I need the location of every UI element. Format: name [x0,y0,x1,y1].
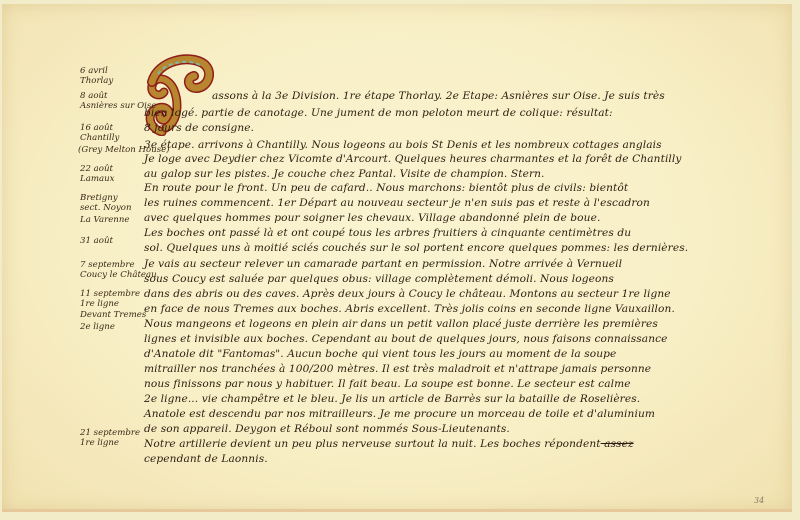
line-text: 3e étape. arrivons à Chantilly. Nous log… [144,139,662,151]
margin-note: 8 août [80,91,108,101]
line-text: En route pour le front. Un peu de cafard… [144,182,628,194]
diary-line: Les boches ont passé là et ont coupé tou… [144,227,631,239]
diary-line: sous Coucy est saluée par quelques obus:… [144,273,614,285]
line-text: lignes et invisible aux boches. Cependan… [144,333,668,345]
diary-line: Notre artillerie devient un peu plus ner… [144,438,634,450]
line-text: mitrailler nos tranchées à 100/200 mètre… [144,363,651,375]
line-text: Je vais au secteur relever un camarade p… [144,258,622,270]
margin-note: 11 septembre [80,289,140,299]
line-text: 8 jours de consigne. [144,122,254,134]
diary-line: dans des abris ou des caves. Après deux … [144,288,671,300]
margin-note: 16 août [80,123,113,133]
line-text: au galop sur les pistes. Je couche chez … [144,168,545,180]
margin-note: 7 septembre [80,260,135,270]
margin-note: Bretigny [80,193,118,203]
line-text: nous finissons par nous y habituer. Il f… [144,378,631,390]
diary-line: En route pour le front. Un peu de cafard… [144,182,628,194]
diary-line: mitrailler nos tranchées à 100/200 mètre… [144,363,651,375]
diary-line: Je loge avec Deydier chez Vicomte d'Arco… [144,153,682,165]
diary-line: Je vais au secteur relever un camarade p… [144,258,622,270]
line-text: en face de nous Tremes aux boches. Abris… [144,303,675,315]
diary-line: 2e ligne... vie champêtre et le bleu. Je… [144,393,640,405]
diary-line: de son appareil. Deygon et Réboul sont n… [144,423,510,435]
diary-line: Anatole est descendu par nos mitrailleur… [144,408,655,420]
manuscript-page: 6 avrilThorlay8 aoûtAsnières sur Oise16 … [2,4,792,512]
line-text: de son appareil. Deygon et Réboul sont n… [144,423,510,435]
diary-line: Nous mangeons et logeons en plein air da… [144,318,658,330]
margin-note: 1re ligne [80,299,119,309]
margin-note: 31 août [80,236,113,246]
margin-note: 21 septembre [80,428,140,438]
diary-line: bien logé. partie de canotage. Une jumen… [144,107,613,119]
line-text: sous Coucy est saluée par quelques obus:… [144,273,614,285]
diary-line: au galop sur les pistes. Je couche chez … [144,168,545,180]
struck-word: assez [601,438,634,450]
line-text: Je loge avec Deydier chez Vicomte d'Arco… [144,153,682,165]
diary-line: d'Anatole dit "Fantomas". Aucun boche qu… [144,348,616,360]
margin-note: 22 août [80,164,113,174]
line-text: 2e ligne... vie champêtre et le bleu. Je… [144,393,640,405]
line-text: les ruines commencent. 1er Départ au nou… [144,197,650,209]
diary-line: cependant de Laonnis. [144,453,268,465]
margin-note: Lamaux [80,174,114,184]
margin-note: 6 avril [80,66,108,76]
diary-line: avec quelques hommes pour soigner les ch… [144,212,600,224]
line-text: Les boches ont passé là et ont coupé tou… [144,227,631,239]
page-edge [2,509,792,512]
line-text: bien logé. partie de canotage. Une jumen… [144,107,613,119]
diary-line: nous finissons par nous y habituer. Il f… [144,378,631,390]
line-text: Anatole est descendu par nos mitrailleur… [144,408,655,420]
margin-note: La Varenne [80,215,129,225]
line-text: avec quelques hommes pour soigner les ch… [144,212,600,224]
line-text: dans des abris ou des caves. Après deux … [144,288,671,300]
diary-line: les ruines commencent. 1er Départ au nou… [144,197,650,209]
diary-line: en face de nous Tremes aux boches. Abris… [144,303,675,315]
diary-line: 8 jours de consigne. [144,122,254,134]
margin-note: 1re ligne [80,438,119,448]
line-text: Nous mangeons et logeons en plein air da… [144,318,658,330]
diary-line: assons à la 3e Division. 1re étape Thorl… [212,90,665,102]
diary-line: 3e étape. arrivons à Chantilly. Nous log… [144,139,662,151]
line-text: Notre artillerie devient un peu plus ner… [144,438,601,450]
page-number: 34 [754,496,764,505]
margin-note: Chantilly [80,133,119,143]
margin-note: Devant Tremes [80,310,146,320]
margin-note: 2e ligne [80,322,115,332]
line-text: assons à la 3e Division. 1re étape Thorl… [212,90,665,102]
line-text: d'Anatole dit "Fantomas". Aucun boche qu… [144,348,616,360]
margin-note: Thorlay [80,76,113,86]
line-text: cependant de Laonnis. [144,453,268,465]
margin-note: sect. Noyon [80,203,131,213]
diary-line: lignes et invisible aux boches. Cependan… [144,333,668,345]
line-text: sol. Quelques uns à moitié sciés couchés… [144,242,688,254]
diary-line: sol. Quelques uns à moitié sciés couchés… [144,242,688,254]
